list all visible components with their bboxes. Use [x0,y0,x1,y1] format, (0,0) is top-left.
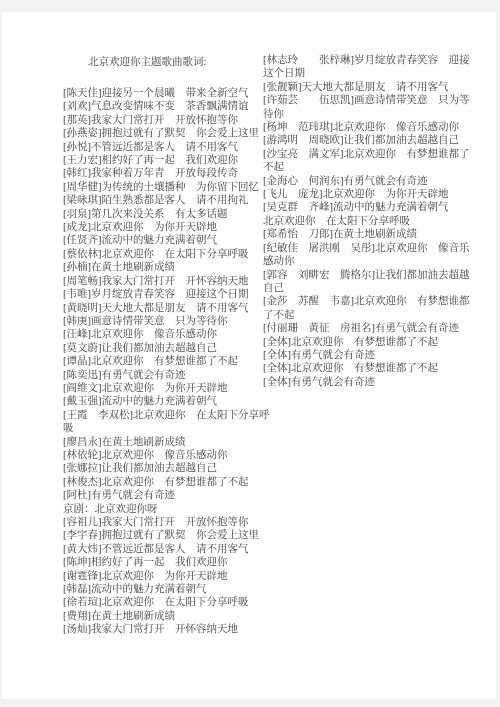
lyric-line: [全体]有勇气就会有奇迹 [263,349,473,362]
lyric-line: [谢霆锋]北京欢迎你 为你开天辟地 [63,570,270,583]
lyric-line: [周笔畅]我家大门常打开 开怀容纳天地 [63,275,270,288]
lyric-line: [孙楠]在黄土地刷新成绩 [63,261,270,274]
lyric-line: [林俊杰]北京欢迎你 有梦想谁都了不起 [63,476,270,489]
lyric-line: [韩庚]画意诗情带笑意 只为等待你 [63,315,270,328]
lyric-line: [汪峰]北京欢迎你 像音乐感动你 [63,328,270,341]
lyric-line: [金莎 苏醒 韦嘉]北京欢迎你 有梦想谁都了不起 [263,295,473,322]
lyric-line: [黄大炜]不管远近都是客人 请不用客气 [63,543,270,556]
lyric-line: [沙宝亮 满文军]北京欢迎你 有梦想谁都了不起 [263,148,473,175]
lyric-line: [容祖儿]我家大门常打开 开放怀抱等你 [63,516,270,529]
lyric-line: [梁咏琪]陌生熟悉都是客人 请不用拘礼 [63,194,270,207]
lyric-line: [全体]北京欢迎你 有梦想谁都了不起 [263,336,473,349]
lyric-line: [陈天佳]迎接另一个晨曦 带来全新空气 [63,87,270,100]
lyric-line: [韩磊]流动中的魅力充满着朝气 [63,583,270,596]
lyric-line: [孙悦]不管远近都是客人 请不用客气 [63,141,270,154]
lyric-line: [刘欢]气息改变情味不变 茶香飘满情谊 [63,100,270,113]
lyric-line: [林依轮]北京欢迎你 像音乐感动你 [63,449,270,462]
lyric-line: [莫文蔚]让我们都加油去超越自己 [63,342,270,355]
lyric-line: [那英]我家大门常打开 开放怀抱等你 [63,114,270,127]
lyric-line: [成龙]北京欢迎你 为你开天辟地 [63,221,270,234]
lyric-line: [张娜拉]让我们都加油去超越自己 [63,462,270,475]
lyric-line: [阿杜]有勇气就会有奇迹 [63,489,270,502]
lyric-line: [全体]有勇气就会有奇迹 [263,376,473,389]
lyrics-column-right: [林志玲 张梓琳]岁月绽放青春笑容 迎接这个日期[张靓颖]天大地大都是朋友 请不… [263,54,473,389]
lyric-line: [飞儿 庞龙]北京欢迎你 为你开天辟地 [263,188,473,201]
lyric-line: [阎维文]北京欢迎你 为你开天辟地 [63,382,270,395]
lyric-line: [孙燕姿]拥抱过就有了默契 你会爱上这里 [63,127,270,140]
lyric-line: [付丽珊 黄征 房祖名]有勇气就会有奇迹 [263,322,473,335]
lyric-line: [金海心 何润东]有勇气就会有奇迹 [263,175,473,188]
lyric-line: [黄晓明]天大地大都是朋友 请不用客气 [63,302,270,315]
lyric-line: [任贤齐]流动中的魅力充满着朝气 [63,234,270,247]
lyric-line: [韩红]我家种着万年青 开放每段传奇 [63,167,270,180]
lyric-line: 京剧：北京欢迎你呀 [63,503,270,516]
lyric-line: [谭晶]北京欢迎你 有梦想谁都了不起 [63,355,270,368]
page-title: 北京欢迎你主题歌曲歌词: [88,56,206,69]
lyrics-column-left: [陈天佳]迎接另一个晨曦 带来全新空气[刘欢]气息改变情味不变 茶香飘满情谊[那… [63,87,270,637]
lyric-line: [廖昌永]在黄土地刷新成绩 [63,436,270,449]
lyric-line: [戴玉强]流动中的魅力充满着朝气 [63,395,270,408]
lyric-line: [陈奕迅]有勇气就会有奇迹 [63,369,270,382]
lyric-line: [蔡依林]北京欢迎你 在太阳下分享呼吸 [63,248,270,261]
lyric-line: [韦唯]岁月绽放青春笑容 迎接这个日期 [63,288,270,301]
lyric-line: [王霞 李双松]北京欢迎你 在太阳下分享呼吸 [63,409,270,436]
lyric-line: [游鸿明 周晓欧]让我们都加油去超越自己 [263,134,473,147]
lyric-line: [纪敏佳 屠洪刚 吴彤]北京欢迎你 像音乐感动你 [263,242,473,269]
lyric-line: [郭容 刘畊宏 腾格尔]让我们都加油去超越自己 [263,269,473,296]
lyric-line: [吴克群 齐峰]流动中的魅力充满着朝气 [263,201,473,214]
lyric-line: [全体]北京欢迎你 有梦想谁都了不起 [263,362,473,375]
lyric-line: [羽泉]第几次来没关系 有太多话题 [63,208,270,221]
lyric-line: [李宇春]拥抱过就有了默契 你会爱上这里 [63,529,270,542]
lyric-line: 北京欢迎你 在太阳下分享呼吸 [263,215,473,228]
lyric-line: [王力宏]相约好了再一起 我们欢迎你 [63,154,270,167]
lyric-line: [汤灿]我家大门常打开 开怀容纳天地 [63,623,270,636]
lyric-line: [张靓颖]天大地大都是朋友 请不用客气 [263,81,473,94]
lyric-line: [费翔]在黄土地刷新成绩 [63,610,270,623]
lyric-line: [杨坤 范玮琪]北京欢迎你 像音乐感动你 [263,121,473,134]
lyric-line: [郑希怡 刀郎]在黄土地刷新成绩 [263,228,473,241]
document-page: 北京欢迎你主题歌曲歌词: [陈天佳]迎接另一个晨曦 带来全新空气[刘欢]气息改变… [2,12,496,699]
lyric-line: [陈坤]相约好了再一起 我们欢迎你 [63,556,270,569]
lyric-line: [徐若瑄]北京欢迎你 在太阳下分享呼吸 [63,596,270,609]
lyric-line: [许茹芸 伍思凯]画意诗情带笑意 只为等待你 [263,94,473,121]
lyric-line: [林志玲 张梓琳]岁月绽放青春笑容 迎接这个日期 [263,54,473,81]
lyric-line: [周华健]为传统的土壤播种 为你留下回忆 [63,181,270,194]
